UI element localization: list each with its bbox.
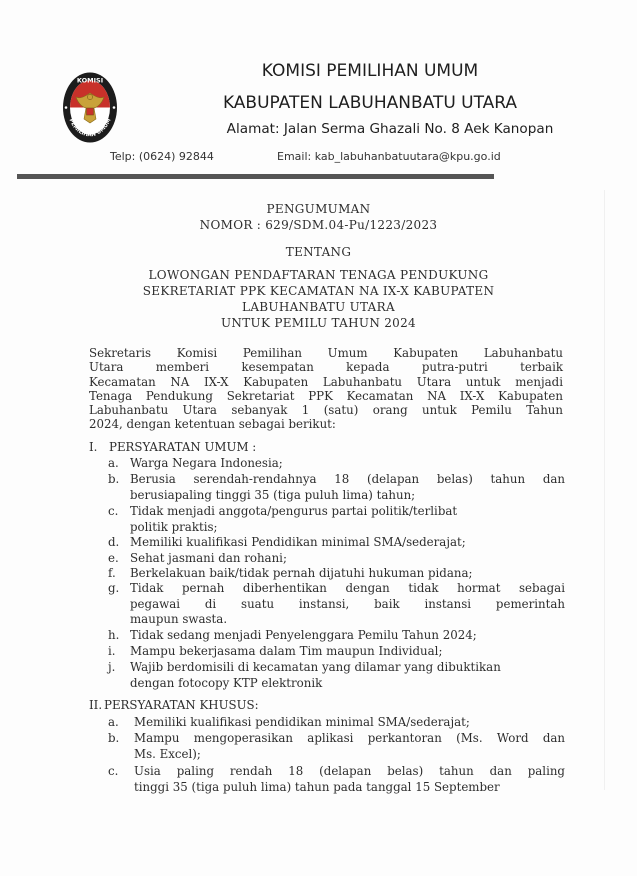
paragraph-line: Tenaga Pendukung Sekretariat PPK Kecamat… [89, 389, 563, 403]
list-item-line: Usia paling rendah 18 (delapan belas) ta… [134, 764, 565, 780]
list-item: a.Warga Negara Indonesia; [108, 456, 566, 472]
svg-text:KOMISI: KOMISI [77, 77, 103, 85]
list-item-line: tinggi 35 (tiga puluh lima) tahun pada t… [134, 780, 565, 796]
paragraph-line: Utara memberi kesempatan kepada putra-pu… [89, 360, 563, 374]
list-item-line: pegawai di suatu instansi, baik instansi… [130, 597, 565, 613]
announcement-about: TENTANG [0, 245, 637, 259]
list-item-line: Berusia serendah-rendahnya 18 (delapan b… [130, 472, 565, 488]
section-title: PERSYARATAN UMUM : [109, 440, 256, 454]
list-item-line: Memiliki kualifikasi Pendidikan minimal … [130, 535, 565, 551]
list-item: h.Tidak sedang menjadi Penyelenggara Pem… [108, 628, 566, 644]
list-item-line: Tidak sedang menjadi Penyelenggara Pemil… [130, 628, 565, 644]
list-item-text: Tidak pernah diberhentikan dengan tidak … [130, 581, 565, 628]
list-item-text: Wajib berdomisili di kecamatan yang dila… [130, 660, 565, 691]
list-item: g.Tidak pernah diberhentikan dengan tida… [108, 581, 566, 628]
document-page: KOMISI PEMILIHAN UMUM KOMISI PEMILIHAN U… [0, 0, 637, 876]
list-item: i.Mampu bekerjasama dalam Tim maupun Ind… [108, 644, 566, 660]
announcement-type: PENGUMUMAN [0, 202, 637, 216]
list-marker: f. [108, 566, 116, 582]
list-item-line: Memiliki kualifikasi pendidikan minimal … [134, 715, 565, 731]
section-marker: II. [89, 698, 102, 712]
list-item-line: Mampu bekerjasama dalam Tim maupun Indiv… [130, 644, 565, 660]
subject-line: UNTUK PEMILU TAHUN 2024 [0, 316, 637, 330]
list-item-line: politik praktis; [130, 520, 565, 536]
list-marker: b. [108, 472, 119, 488]
list-item: c.Usia paling rendah 18 (delapan belas) … [108, 764, 566, 795]
list-item-text: Mampu bekerjasama dalam Tim maupun Indiv… [130, 644, 565, 660]
intro-paragraph: Sekretaris Komisi Pemilihan Umum Kabupat… [89, 346, 563, 432]
list-marker: c. [108, 504, 118, 520]
subject-line: LOWONGAN PENDAFTARAN TENAGA PENDUKUNG [0, 268, 637, 282]
list-item-line: berusiapaling tinggi 35 (tiga puluh lima… [130, 488, 565, 504]
list-marker: a. [108, 715, 119, 731]
list-item-text: Sehat jasmani dan rohani; [130, 551, 565, 567]
subject-line: LABUHANBATU UTARA [0, 300, 637, 314]
list-item-line: Tidak pernah diberhentikan dengan tidak … [130, 581, 565, 597]
list-item-line: Tidak menjadi anggota/pengurus partai po… [130, 504, 565, 520]
list-item: b.Berusia serendah-rendahnya 18 (delapan… [108, 472, 566, 503]
section-marker: I. [89, 440, 97, 454]
subject-line: SEKRETARIAT PPK KECAMATAN NA IX-X KABUPA… [0, 284, 637, 298]
letterhead-divider [17, 174, 494, 179]
list-item: b.Mampu mengoperasikan aplikasi perkanto… [108, 731, 566, 762]
list-item-text: Mampu mengoperasikan aplikasi perkantora… [134, 731, 565, 762]
list-item-line: Mampu mengoperasikan aplikasi perkantora… [134, 731, 565, 747]
list-item: j.Wajib berdomisili di kecamatan yang di… [108, 660, 566, 691]
org-name: KOMISI PEMILIHAN UMUM [150, 61, 590, 81]
list-item: d.Memiliki kualifikasi Pendidikan minima… [108, 535, 566, 551]
paragraph-line: Sekretaris Komisi Pemilihan Umum Kabupat… [89, 346, 563, 360]
list-marker: g. [108, 581, 119, 597]
list-marker: b. [108, 731, 119, 747]
list-item-line: Ms. Excel); [134, 747, 565, 763]
list-marker: e. [108, 551, 119, 567]
list-item: f.Berkelakuan baik/tidak pernah dijatuhi… [108, 566, 566, 582]
list-item-text: Memiliki kualifikasi pendidikan minimal … [134, 715, 565, 731]
list-item-line: maupun swasta. [130, 612, 565, 628]
list-item-text: Tidak sedang menjadi Penyelenggara Pemil… [130, 628, 565, 644]
org-email: Email: kab_labuhanbatuutara@kpu.go.id [277, 150, 501, 163]
list-marker: c. [108, 764, 118, 780]
section-title: PERSYARATAN KHUSUS: [104, 698, 259, 712]
list-item: e.Sehat jasmani dan rohani; [108, 551, 566, 567]
list-marker: a. [108, 456, 119, 472]
list-marker: h. [108, 628, 119, 644]
list-item-text: Warga Negara Indonesia; [130, 456, 565, 472]
list-item-line: Wajib berdomisili di kecamatan yang dila… [130, 660, 565, 676]
list-item-text: Tidak menjadi anggota/pengurus partai po… [130, 504, 565, 535]
paragraph-line: Labuhanbatu Utara sebanyak 1 (satu) oran… [89, 403, 563, 417]
letterhead: KOMISI PEMILIHAN UMUM KOMISI PEMILIHAN U… [0, 0, 637, 185]
list-item-text: Berusia serendah-rendahnya 18 (delapan b… [130, 472, 565, 503]
list-marker: j. [108, 660, 115, 676]
list-item: c.Tidak menjadi anggota/pengurus partai … [108, 504, 566, 535]
scan-artifact [604, 190, 605, 790]
org-region: KABUPATEN LABUHANBATU UTARA [150, 93, 590, 113]
kpu-logo-icon: KOMISI PEMILIHAN UMUM [62, 71, 118, 144]
list-marker: i. [108, 644, 116, 660]
list-item-line: Sehat jasmani dan rohani; [130, 551, 565, 567]
list-item-line: Warga Negara Indonesia; [130, 456, 565, 472]
list-item-line: dengan fotocopy KTP elektronik [130, 676, 565, 692]
paragraph-line: Kecamatan NA IX-X Kabupaten Labuhanbatu … [89, 375, 563, 389]
list-item-text: Memiliki kualifikasi Pendidikan minimal … [130, 535, 565, 551]
announcement-number: NOMOR : 629/SDM.04-Pu/1223/2023 [0, 218, 637, 232]
org-phone: Telp: (0624) 92844 [110, 150, 214, 163]
list-item-line: Berkelakuan baik/tidak pernah dijatuhi h… [130, 566, 565, 582]
list-item: a.Memiliki kualifikasi pendidikan minima… [108, 715, 566, 731]
list-marker: d. [108, 535, 119, 551]
paragraph-line: 2024, dengan ketentuan sebagai berikut: [89, 417, 563, 431]
list-item-text: Berkelakuan baik/tidak pernah dijatuhi h… [130, 566, 565, 582]
org-address: Alamat: Jalan Serma Ghazali No. 8 Aek Ka… [160, 121, 620, 137]
list-item-text: Usia paling rendah 18 (delapan belas) ta… [134, 764, 565, 795]
